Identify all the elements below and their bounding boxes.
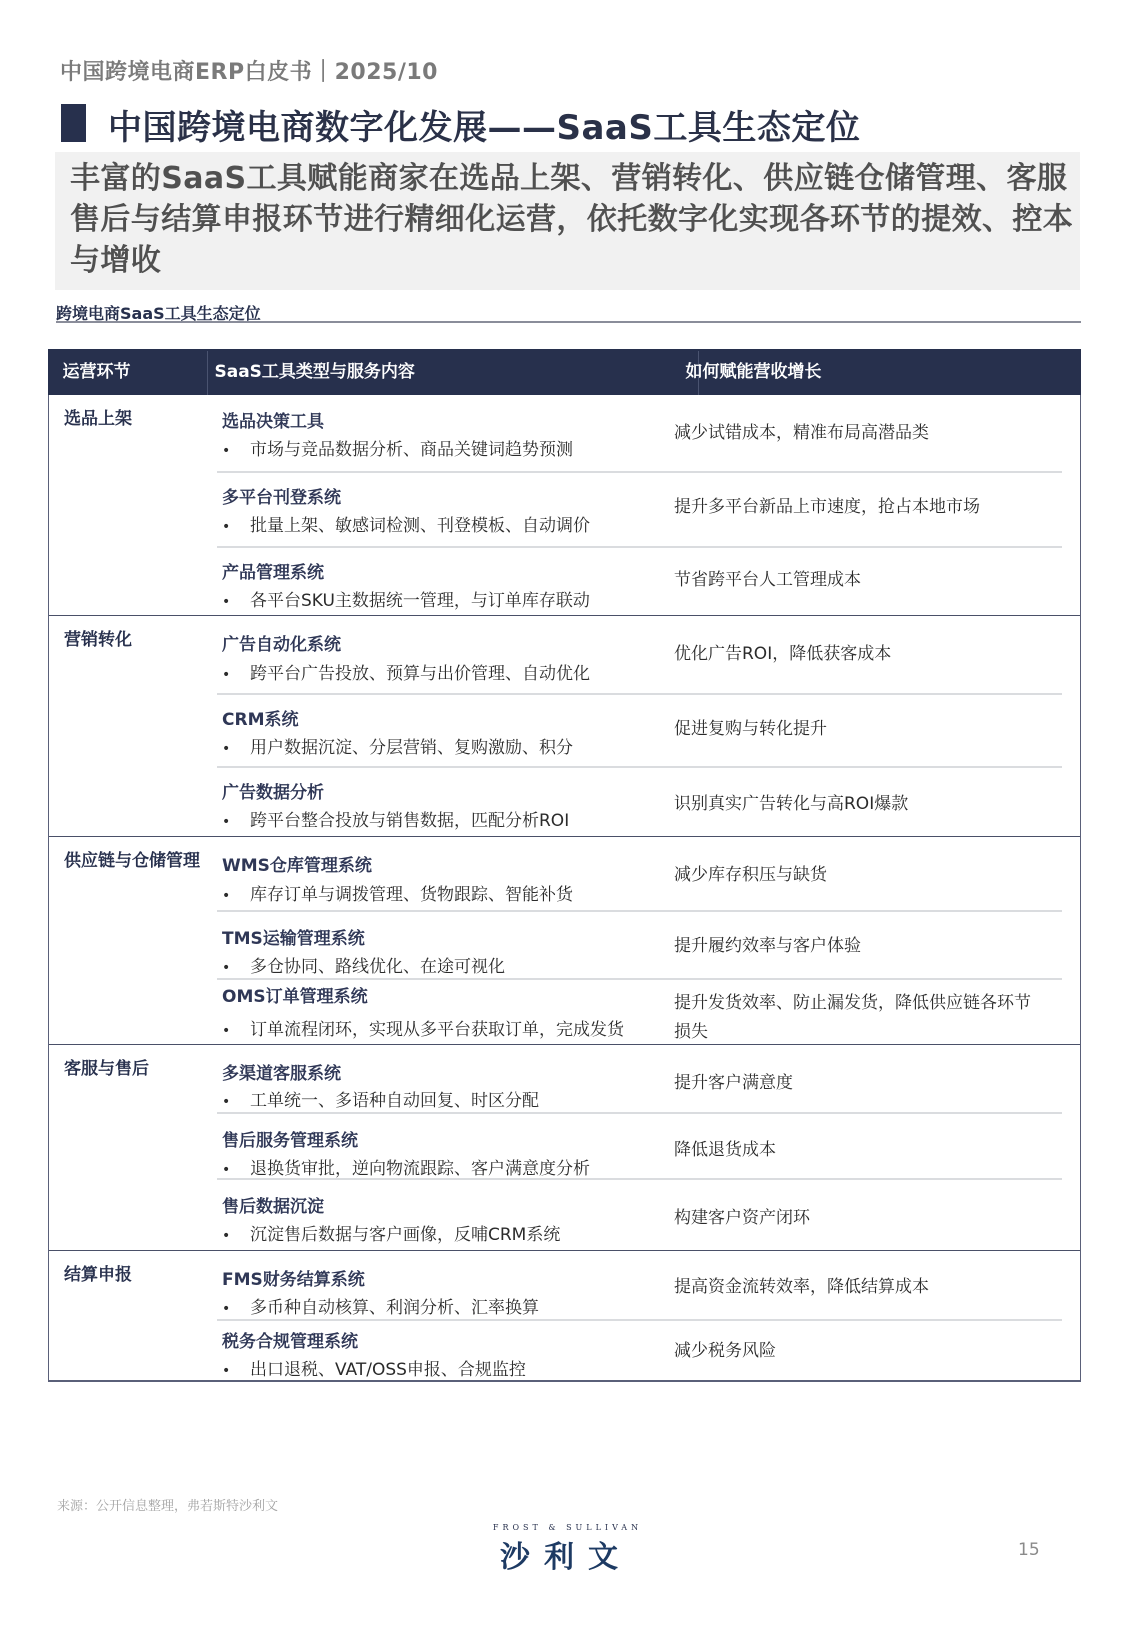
bullet-icon: • <box>222 1023 250 1039</box>
tool-benefit: 降低退货成本 <box>674 1136 1034 1165</box>
tool-benefit: 构建客户资产闭环 <box>674 1204 1034 1233</box>
bullet-icon: • <box>222 960 250 976</box>
tool-bullet: •用户数据沉淀、分层营销、复购激励、积分 <box>222 733 573 758</box>
tool-benefit: 减少试错成本，精准布局高潜品类 <box>674 419 1034 448</box>
tool-bullet: •沉淀售后数据与客户画像，反哺CRM系统 <box>222 1220 560 1245</box>
tool-row: WMS仓库管理系统 •库存订单与调拨管理、货物跟踪、智能补货 减少库存积压与缺货 <box>217 837 1062 910</box>
tool-benefit: 减少税务风险 <box>674 1337 1034 1366</box>
summary-box: 丰富的SaaS工具赋能商家在选品上架、营销转化、供应链仓储管理、客服售后与结算申… <box>55 152 1080 290</box>
section-product-listing: 选品上架 选品决策工具 •市场与竞品数据分析、商品关键词趋势预测 减少试错成本，… <box>49 395 1080 615</box>
tool-name: 广告数据分析 <box>222 778 324 803</box>
section-customer-service: 客服与售后 多渠道客服系统 •工单统一、多语种自动回复、时区分配 提升客户满意度… <box>49 1044 1080 1250</box>
tool-name: 税务合规管理系统 <box>222 1327 358 1352</box>
tool-benefit: 提升多平台新品上市速度，抢占本地市场 <box>674 493 1034 522</box>
table-header: 运营环节 SaaS工具类型与服务内容 如何赋能营收增长 <box>48 349 1081 395</box>
tool-bullet: •退换货审批，逆向物流跟踪、客户满意度分析 <box>222 1154 590 1179</box>
tool-bullet: •各平台SKU主数据统一管理，与订单库存联动 <box>222 586 590 611</box>
tool-bullet: •出口退税、VAT/OSS申报、合规监控 <box>222 1355 526 1380</box>
bullet-icon: • <box>222 519 250 535</box>
tool-row: OMS订单管理系统 •订单流程闭环，实现从多平台获取订单，完成发货 提升发货效率… <box>217 978 1062 1047</box>
tool-row: 广告数据分析 •跨平台整合投放与销售数据，匹配分析ROI 识别真实广告转化与高R… <box>217 766 1062 838</box>
bullet-icon: • <box>222 1363 250 1379</box>
bullet-icon: • <box>222 888 250 904</box>
tool-benefit: 优化广告ROI，降低获客成本 <box>674 640 1034 669</box>
tool-benefit: 提升履约效率与客户体验 <box>674 932 1034 961</box>
tool-name: 多渠道客服系统 <box>222 1059 341 1084</box>
tool-row: 广告自动化系统 •跨平台广告投放、预算与出价管理、自动优化 优化广告ROI，降低… <box>217 616 1062 693</box>
subtitle-divider <box>56 321 1081 323</box>
tool-bullet: •跨平台广告投放、预算与出价管理、自动优化 <box>222 659 590 684</box>
tool-row: 税务合规管理系统 •出口退税、VAT/OSS申报、合规监控 减少税务风险 <box>217 1319 1062 1383</box>
tool-benefit: 节省跨平台人工管理成本 <box>674 566 1034 595</box>
tool-benefit: 促进复购与转化提升 <box>674 715 1034 744</box>
tool-bullet: •多仓协同、路线优化、在途可视化 <box>222 952 505 977</box>
bullet-icon: • <box>222 741 250 757</box>
tool-name: FMS财务结算系统 <box>222 1265 365 1290</box>
title-accent-bar <box>61 104 86 142</box>
tool-bullet: •市场与竞品数据分析、商品关键词趋势预测 <box>222 435 573 460</box>
tool-row: CRM系统 •用户数据沉淀、分层营销、复购激励、积分 促进复购与转化提升 <box>217 693 1062 767</box>
tool-row: 多平台刊登系统 •批量上架、敏感词检测、刊登模板、自动调价 提升多平台新品上市速… <box>217 471 1062 546</box>
bullet-icon: • <box>222 1094 250 1110</box>
tool-row: FMS财务结算系统 •多币种自动核算、利润分析、汇率换算 提高资金流转效率，降低… <box>217 1251 1062 1319</box>
tool-name: WMS仓库管理系统 <box>222 851 372 876</box>
tool-name: 售后服务管理系统 <box>222 1126 358 1151</box>
frost-sullivan-logo-text: FROST & SULLIVAN <box>490 1523 645 1532</box>
section-label: 客服与售后 <box>64 1055 204 1084</box>
tool-name: TMS运输管理系统 <box>222 924 365 949</box>
bullet-icon: • <box>222 1162 250 1178</box>
tool-name: 售后数据沉淀 <box>222 1192 324 1217</box>
tool-benefit: 提升客户满意度 <box>674 1069 1034 1098</box>
section-settlement: 结算申报 FMS财务结算系统 •多币种自动核算、利润分析、汇率换算 提高资金流转… <box>49 1250 1080 1380</box>
section-label: 选品上架 <box>64 405 204 434</box>
tool-name: 多平台刊登系统 <box>222 483 341 508</box>
tool-name: 广告自动化系统 <box>222 630 341 655</box>
running-head: 中国跨境电商ERP白皮书｜2025/10 <box>60 55 438 86</box>
tool-row: 选品决策工具 •市场与竞品数据分析、商品关键词趋势预测 减少试错成本，精准布局高… <box>217 395 1062 471</box>
bullet-icon: • <box>222 1228 250 1244</box>
bullet-icon: • <box>222 1301 250 1317</box>
tool-row: 售后数据沉淀 •沉淀售后数据与客户画像，反哺CRM系统 构建客户资产闭环 <box>217 1178 1062 1253</box>
section-marketing: 营销转化 广告自动化系统 •跨平台广告投放、预算与出价管理、自动优化 优化广告R… <box>49 615 1080 836</box>
tool-bullet: •多币种自动核算、利润分析、汇率换算 <box>222 1293 539 1318</box>
frost-sullivan-logo: 沙利文 <box>500 1532 630 1576</box>
source-note: 来源：公开信息整理，弗若斯特沙利文 <box>57 1495 278 1514</box>
tool-name: OMS订单管理系统 <box>222 982 368 1007</box>
section-supply-chain: 供应链与仓储管理 WMS仓库管理系统 •库存订单与调拨管理、货物跟踪、智能补货 … <box>49 836 1080 1044</box>
header-divider <box>207 351 208 395</box>
tool-benefit: 提升发货效率、防止漏发货，降低供应链各环节损失 <box>674 989 1034 1047</box>
column-header-stage: 运营环节 <box>63 349 131 395</box>
tool-bullet: •批量上架、敏感词检测、刊登模板、自动调价 <box>222 511 590 536</box>
bullet-icon: • <box>222 667 250 683</box>
saas-ecosystem-table: 运营环节 SaaS工具类型与服务内容 如何赋能营收增长 选品上架 选品决策工具 … <box>48 349 1081 1382</box>
page-number: 15 <box>1018 1540 1040 1560</box>
tool-benefit: 减少库存积压与缺货 <box>674 861 1034 890</box>
tool-name: CRM系统 <box>222 705 298 730</box>
page-title: 中国跨境电商数字化发展——SaaS工具生态定位 <box>108 100 860 149</box>
tool-benefit: 提高资金流转效率，降低结算成本 <box>674 1273 1034 1302</box>
tool-bullet: •跨平台整合投放与销售数据，匹配分析ROI <box>222 806 569 831</box>
tool-row: 售后服务管理系统 •退换货审批，逆向物流跟踪、客户满意度分析 降低退货成本 <box>217 1112 1062 1180</box>
tool-bullet: •工单统一、多语种自动回复、时区分配 <box>222 1086 539 1111</box>
summary-text: 丰富的SaaS工具赋能商家在选品上架、营销转化、供应链仓储管理、客服售后与结算申… <box>70 158 1074 281</box>
section-label: 结算申报 <box>64 1261 204 1290</box>
tool-row: 产品管理系统 •各平台SKU主数据统一管理，与订单库存联动 节省跨平台人工管理成… <box>217 546 1062 617</box>
column-header-tools: SaaS工具类型与服务内容 <box>215 349 415 395</box>
column-header-benefit: 如何赋能营收增长 <box>686 349 822 395</box>
tool-row: TMS运输管理系统 •多仓协同、路线优化、在途可视化 提升履约效率与客户体验 <box>217 910 1062 980</box>
tool-row: 多渠道客服系统 •工单统一、多语种自动回复、时区分配 提升客户满意度 <box>217 1045 1062 1112</box>
tool-bullet: •订单流程闭环，实现从多平台获取订单，完成发货 <box>222 1015 624 1040</box>
section-label: 供应链与仓储管理 <box>64 847 204 876</box>
bullet-icon: • <box>222 594 250 610</box>
section-label: 营销转化 <box>64 626 204 655</box>
bullet-icon: • <box>222 443 250 459</box>
tool-name: 选品决策工具 <box>222 407 324 432</box>
tool-name: 产品管理系统 <box>222 558 324 583</box>
tool-bullet: •库存订单与调拨管理、货物跟踪、智能补货 <box>222 880 573 905</box>
tool-benefit: 识别真实广告转化与高ROI爆款 <box>674 790 1034 819</box>
bullet-icon: • <box>222 814 250 830</box>
